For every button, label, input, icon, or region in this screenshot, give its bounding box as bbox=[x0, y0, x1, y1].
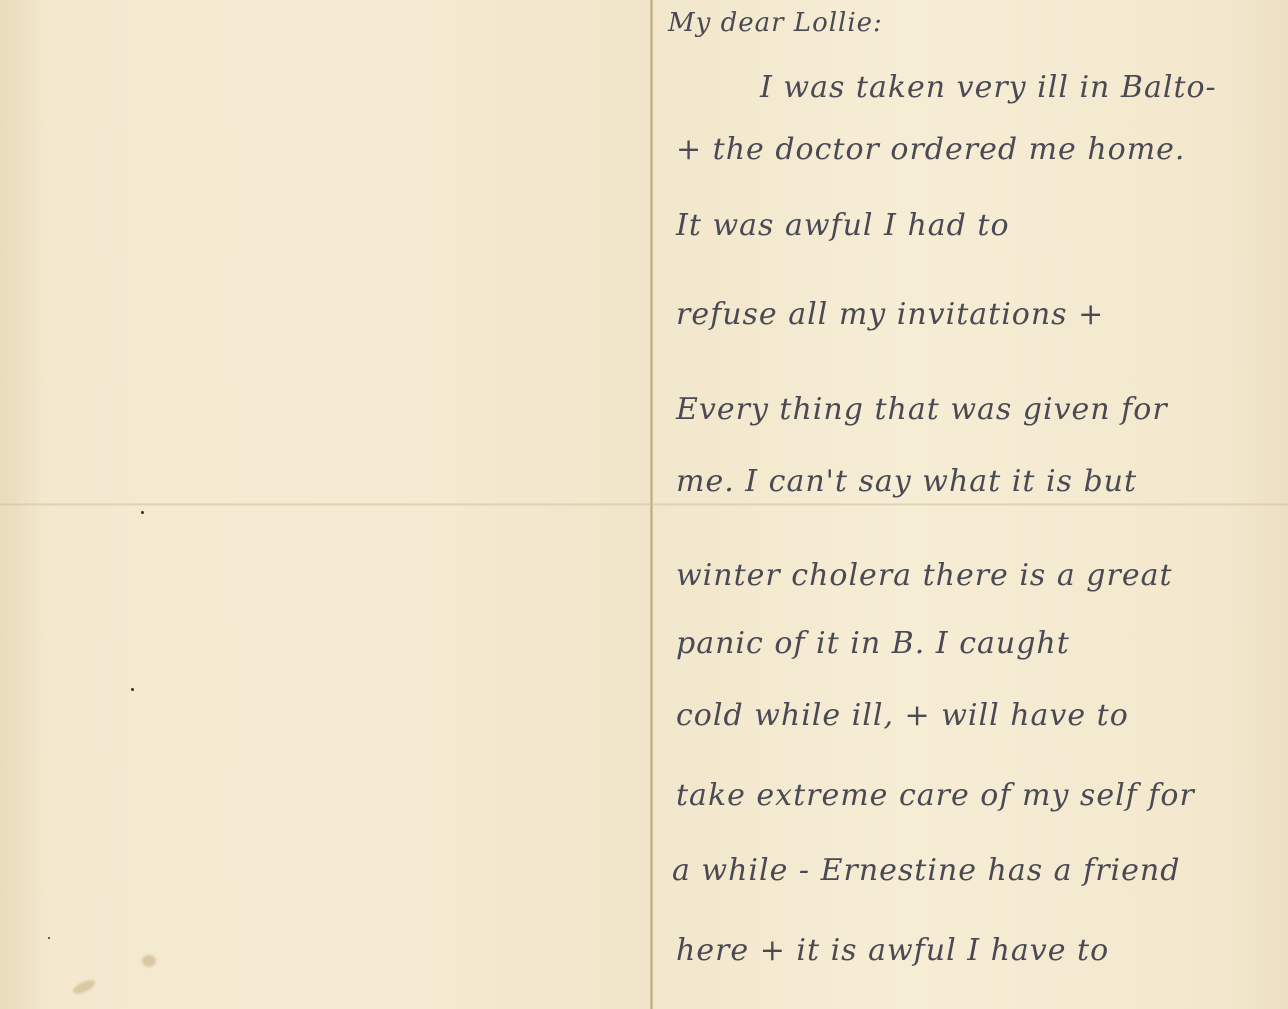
letter-line: a while - Ernestine has a friend bbox=[672, 853, 1180, 888]
letter-line: + the doctor ordered me home. bbox=[676, 132, 1185, 167]
salutation: My dear Lollie: bbox=[668, 8, 883, 38]
ink-speck bbox=[48, 937, 50, 939]
letter-line: I was taken very ill in Balto- bbox=[760, 70, 1217, 105]
horizontal-fold-crease bbox=[0, 503, 1288, 506]
letter-line: take extreme care of my self for bbox=[676, 778, 1195, 813]
letter-line: panic of it in B. I caught bbox=[676, 626, 1070, 661]
letter-line: cold while ill, + will have to bbox=[676, 698, 1129, 733]
letter-line: here + it is awful I have to bbox=[676, 933, 1109, 968]
letter-line: refuse all my invitations + bbox=[676, 297, 1104, 332]
ink-speck bbox=[141, 511, 144, 514]
letter-scan: My dear Lollie: I was taken very ill in … bbox=[0, 0, 1288, 1009]
letter-line: me. I can't say what it is but bbox=[676, 464, 1137, 499]
ink-speck bbox=[131, 688, 134, 691]
stain-mark bbox=[142, 955, 156, 967]
letter-line: winter cholera there is a great bbox=[676, 558, 1173, 593]
letter-line: It was awful I had to bbox=[676, 208, 1010, 243]
letter-line: Every thing that was given for bbox=[676, 392, 1168, 427]
